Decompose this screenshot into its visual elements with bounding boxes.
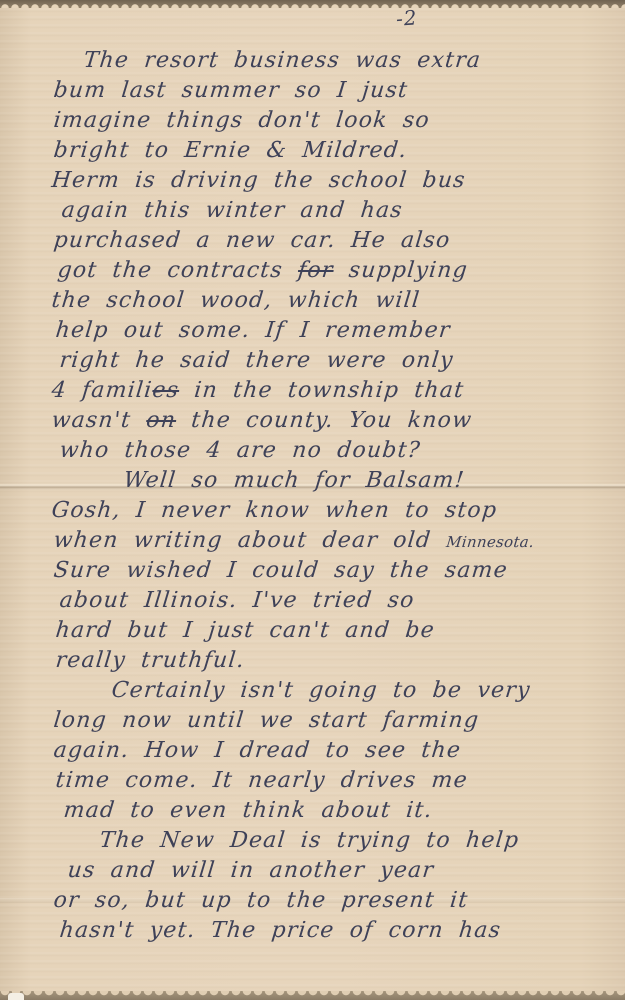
handwritten-line: bright to Ernie & Mildred. [50,136,610,166]
handwritten-line: help out some. If I remember [50,316,610,346]
handwritten-line: long now until we start farming [50,706,610,736]
handwritten-line: really truthful. [50,646,610,676]
handwritten-line: mad to even think about it. [50,796,610,826]
handwritten-line: 4 families in the township that [50,376,610,406]
torn-edge-top [0,0,625,8]
handwritten-line: Gosh, I never know when to stop [50,496,610,526]
struck-word: for [297,258,335,283]
handwritten-line: again. How I dread to see the [50,736,610,766]
handwritten-line: when writing about dear old Minnesota. [50,526,610,556]
handwritten-line: The resort business was extra [50,46,610,76]
handwritten-line: hasn't yet. The price of corn has [50,916,610,946]
handwritten-line: again this winter and has [50,196,610,226]
handwritten-line: hard but I just can't and be [50,616,610,646]
struck-word: on [145,408,177,433]
paper-chip [8,993,24,1000]
torn-edge-bottom [0,991,625,1000]
handwritten-line: about Illinois. I've tried so [50,586,610,616]
handwritten-line: bum last summer so I just [50,76,610,106]
handwritten-line: imagine things don't look so [50,106,610,136]
handwritten-line: got the contracts for supplying [50,256,610,286]
struck-word: es [151,378,180,403]
handwritten-line: The New Deal is trying to help [50,826,610,856]
handwritten-line: Well so much for Balsam! [50,466,610,496]
page-number: -2 [395,5,418,30]
letter-page: -2 The resort business was extrabum last… [0,0,625,1000]
letter-body: The resort business was extrabum last su… [50,46,607,946]
handwritten-line: the school wood, which will [50,286,610,316]
handwritten-line: who those 4 are no doubt? [50,436,610,466]
handwritten-line: Herm is driving the school bus [50,166,610,196]
handwritten-line: right he said there were only [50,346,610,376]
handwritten-line: time come. It nearly drives me [50,766,610,796]
handwritten-line: purchased a new car. He also [50,226,610,256]
handwritten-line: or so, but up to the present it [50,886,610,916]
handwritten-line: wasn't on the county. You know [50,406,610,436]
handwritten-line: Certainly isn't going to be very [50,676,610,706]
handwritten-line: us and will in another year [50,856,610,886]
handwritten-line: Sure wished I could say the same [50,556,610,586]
